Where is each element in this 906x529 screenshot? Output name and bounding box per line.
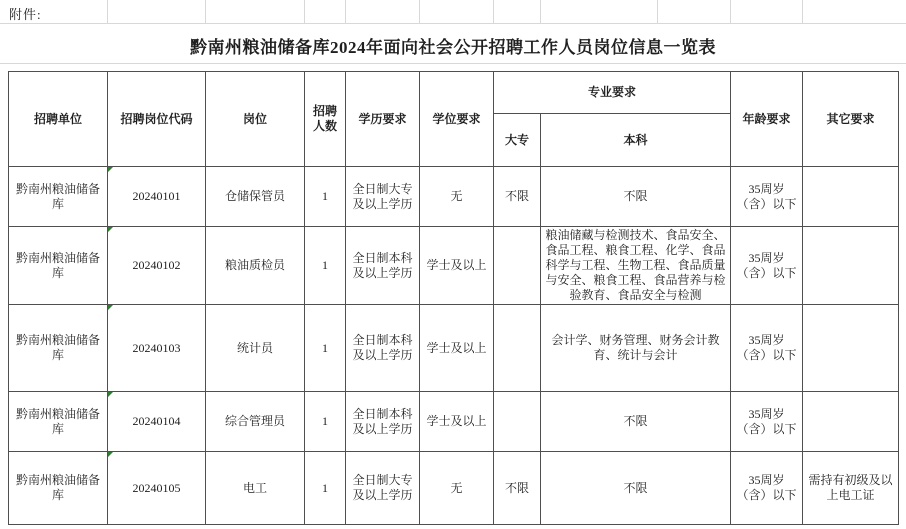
col-header-education: 学历要求 <box>346 72 420 167</box>
cell-position: 粮油质检员 <box>206 227 305 305</box>
cell-degree: 学士及以上 <box>420 227 494 305</box>
cell-other <box>803 167 899 227</box>
cell-education: 全日制本科及以上学历 <box>346 392 420 452</box>
cell-degree: 学士及以上 <box>420 305 494 392</box>
table-row: 黔南州粮油储备库 20240103 统计员 1 全日制本科及以上学历 学士及以上… <box>9 305 899 392</box>
excel-flag-icon <box>108 392 113 397</box>
cell-major-bachelor: 不限 <box>541 392 731 452</box>
cell-count: 1 <box>305 167 346 227</box>
col-header-count: 招聘人数 <box>305 72 346 167</box>
cell-age: 35周岁（含）以下 <box>731 392 803 452</box>
col-header-degree: 学位要求 <box>420 72 494 167</box>
excel-flag-icon <box>108 452 113 457</box>
cell-age: 35周岁（含）以下 <box>731 305 803 392</box>
cell-major-bachelor: 不限 <box>541 452 731 525</box>
excel-gridline <box>304 0 305 23</box>
cell-code: 20240105 <box>108 452 206 525</box>
table-row: 黔南州粮油储备库 20240105 电工 1 全日制大专及以上学历 无 不限 不… <box>9 452 899 525</box>
cell-unit: 黔南州粮油储备库 <box>9 227 108 305</box>
cell-education: 全日制大专及以上学历 <box>346 452 420 525</box>
excel-gridline <box>730 0 731 23</box>
excel-gridline <box>107 0 108 23</box>
excel-gridline <box>540 0 541 23</box>
excel-flag-icon <box>108 167 113 172</box>
cell-degree: 学士及以上 <box>420 392 494 452</box>
cell-count: 1 <box>305 392 346 452</box>
attachment-label: 附件: <box>9 4 42 23</box>
cell-age: 35周岁（含）以下 <box>731 167 803 227</box>
code-value: 20240103 <box>133 341 181 355</box>
col-header-major-college: 大专 <box>494 114 541 167</box>
cell-age: 35周岁（含）以下 <box>731 452 803 525</box>
cell-age: 35周岁（含）以下 <box>731 227 803 305</box>
table-row: 黔南州粮油储备库 20240102 粮油质检员 1 全日制本科及以上学历 学士及… <box>9 227 899 305</box>
excel-gridline <box>345 0 346 23</box>
cell-other <box>803 227 899 305</box>
cell-other: 需持有初级及以上电工证 <box>803 452 899 525</box>
col-header-code: 招聘岗位代码 <box>108 72 206 167</box>
cell-major-bachelor: 会计学、财务管理、财务会计教育、统计与会计 <box>541 305 731 392</box>
cell-code: 20240102 <box>108 227 206 305</box>
cell-education: 全日制大专及以上学历 <box>346 167 420 227</box>
cell-count: 1 <box>305 305 346 392</box>
cell-unit: 黔南州粮油储备库 <box>9 392 108 452</box>
job-position-table: 招聘单位 招聘岗位代码 岗位 招聘人数 学历要求 学位要求 专业要求 年龄要求 … <box>8 71 899 525</box>
page-title: 黔南州粮油储备库2024年面向社会公开招聘工作人员岗位信息一览表 <box>0 33 906 58</box>
cell-other <box>803 305 899 392</box>
cell-major-bachelor: 粮油储藏与检测技术、食品安全、食品工程、粮食工程、化学、食品科学与工程、生物工程… <box>541 227 731 305</box>
cell-degree: 无 <box>420 452 494 525</box>
cell-code: 20240103 <box>108 305 206 392</box>
cell-count: 1 <box>305 227 346 305</box>
excel-gridline <box>0 23 906 24</box>
cell-education: 全日制本科及以上学历 <box>346 227 420 305</box>
excel-gridline <box>802 0 803 23</box>
excel-flag-icon <box>108 305 113 310</box>
cell-position: 电工 <box>206 452 305 525</box>
cell-unit: 黔南州粮油储备库 <box>9 305 108 392</box>
code-value: 20240104 <box>133 414 181 428</box>
cell-major-college <box>494 227 541 305</box>
col-header-age: 年龄要求 <box>731 72 803 167</box>
cell-position: 仓储保管员 <box>206 167 305 227</box>
cell-education: 全日制本科及以上学历 <box>346 305 420 392</box>
col-header-major-group: 专业要求 <box>494 72 731 114</box>
cell-major-college <box>494 305 541 392</box>
excel-flag-icon <box>108 227 113 232</box>
cell-major-college: 不限 <box>494 452 541 525</box>
cell-major-bachelor: 不限 <box>541 167 731 227</box>
cell-position: 综合管理员 <box>206 392 305 452</box>
excel-gridline <box>419 0 420 23</box>
cell-other <box>803 392 899 452</box>
cell-major-college: 不限 <box>494 167 541 227</box>
col-header-other: 其它要求 <box>803 72 899 167</box>
excel-gridline <box>493 0 494 23</box>
cell-unit: 黔南州粮油储备库 <box>9 167 108 227</box>
cell-count: 1 <box>305 452 346 525</box>
col-header-major-bachelor: 本科 <box>541 114 731 167</box>
col-header-unit: 招聘单位 <box>9 72 108 167</box>
cell-major-college <box>494 392 541 452</box>
code-value: 20240101 <box>133 189 181 203</box>
table-row: 黔南州粮油储备库 20240104 综合管理员 1 全日制本科及以上学历 学士及… <box>9 392 899 452</box>
excel-gridline <box>205 0 206 23</box>
cell-position: 统计员 <box>206 305 305 392</box>
table-row: 黔南州粮油储备库 20240101 仓储保管员 1 全日制大专及以上学历 无 不… <box>9 167 899 227</box>
cell-code: 20240104 <box>108 392 206 452</box>
table-header-row-1: 招聘单位 招聘岗位代码 岗位 招聘人数 学历要求 学位要求 专业要求 年龄要求 … <box>9 72 899 114</box>
cell-unit: 黔南州粮油储备库 <box>9 452 108 525</box>
code-value: 20240105 <box>133 481 181 495</box>
cell-degree: 无 <box>420 167 494 227</box>
excel-gridline <box>0 63 906 64</box>
excel-gridline <box>657 0 658 23</box>
code-value: 20240102 <box>133 258 181 272</box>
cell-code: 20240101 <box>108 167 206 227</box>
col-header-position: 岗位 <box>206 72 305 167</box>
